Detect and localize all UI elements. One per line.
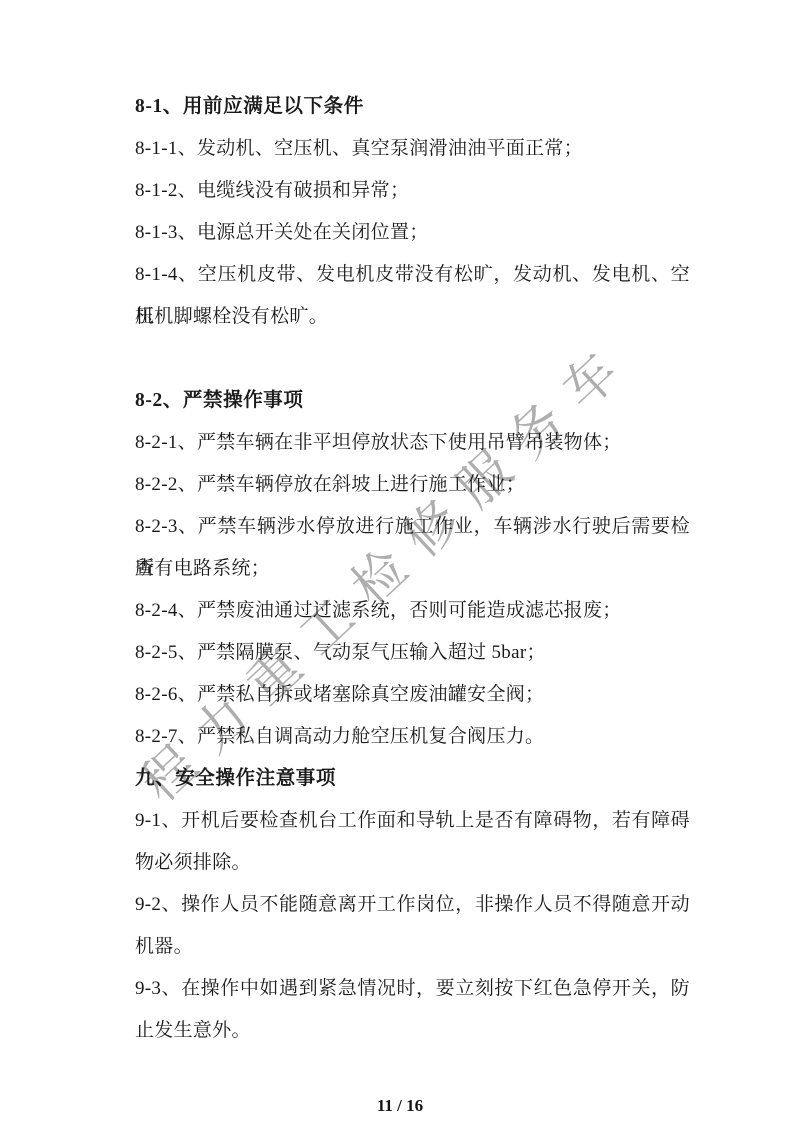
paragraph-line: 物必须排除。 (135, 842, 690, 884)
paragraph-line: 9-2、操作人员不能随意离开工作岗位，非操作人员不得随意开动 (135, 884, 690, 926)
paragraph-line: 8-2-5、严禁隔膜泵、气动泵气压输入超过 5bar； (135, 632, 690, 674)
paragraph-line: 止发生意外。 (135, 1010, 690, 1052)
paragraph-line: 8-1-3、电源总开关处在关闭位置； (135, 212, 690, 254)
paragraph-line: 8-2-6、严禁私自拆或堵塞除真空废油罐安全阀； (135, 674, 690, 716)
section-heading-9: 九、安全操作注意事项 (135, 758, 690, 800)
paragraph-line: 9-3、在操作中如遇到紧急情况时，要立刻按下红色急停开关，防 (135, 968, 690, 1010)
paragraph-line: 8-1-4、空压机皮带、发电机皮带没有松旷，发动机、发电机、空压 (135, 254, 690, 296)
paragraph-line: 9-1、开机后要检查机台工作面和导轨上是否有障碍物，若有障碍 (135, 800, 690, 842)
paragraph-line: 机器。 (135, 926, 690, 968)
paragraph-line: 8-2-7、严禁私自调高动力舱空压机复合阀压力。 (135, 716, 690, 758)
paragraph-line: 所有电路系统； (135, 548, 690, 590)
section-heading-8-1: 8-1、用前应满足以下条件 (135, 86, 690, 128)
paragraph-line: 机机脚螺栓没有松旷。 (135, 296, 690, 338)
document-body: 8-1、用前应满足以下条件 8-1-1、发动机、空压机、真空泵润滑油油平面正常；… (135, 86, 690, 1052)
paragraph-line: 8-2-3、严禁车辆涉水停放进行施工作业，车辆涉水行驶后需要检查 (135, 506, 690, 548)
document-page: 程力重工检修服务车 8-1、用前应满足以下条件 8-1-1、发动机、空压机、真空… (0, 0, 800, 1131)
section-heading-8-2: 8-2、严禁操作事项 (135, 380, 690, 422)
paragraph-line: 8-2-1、严禁车辆在非平坦停放状态下使用吊臂吊装物体； (135, 422, 690, 464)
paragraph-line: 8-1-1、发动机、空压机、真空泵润滑油油平面正常； (135, 128, 690, 170)
paragraph-line: 8-1-2、电缆线没有破损和异常； (135, 170, 690, 212)
paragraph-line: 8-2-4、严禁废油通过过滤系统，否则可能造成滤芯报废； (135, 590, 690, 632)
paragraph-line: 8-2-2、严禁车辆停放在斜坡上进行施工作业； (135, 464, 690, 506)
blank-line (135, 338, 690, 380)
page-number: 11 / 16 (0, 1095, 800, 1117)
